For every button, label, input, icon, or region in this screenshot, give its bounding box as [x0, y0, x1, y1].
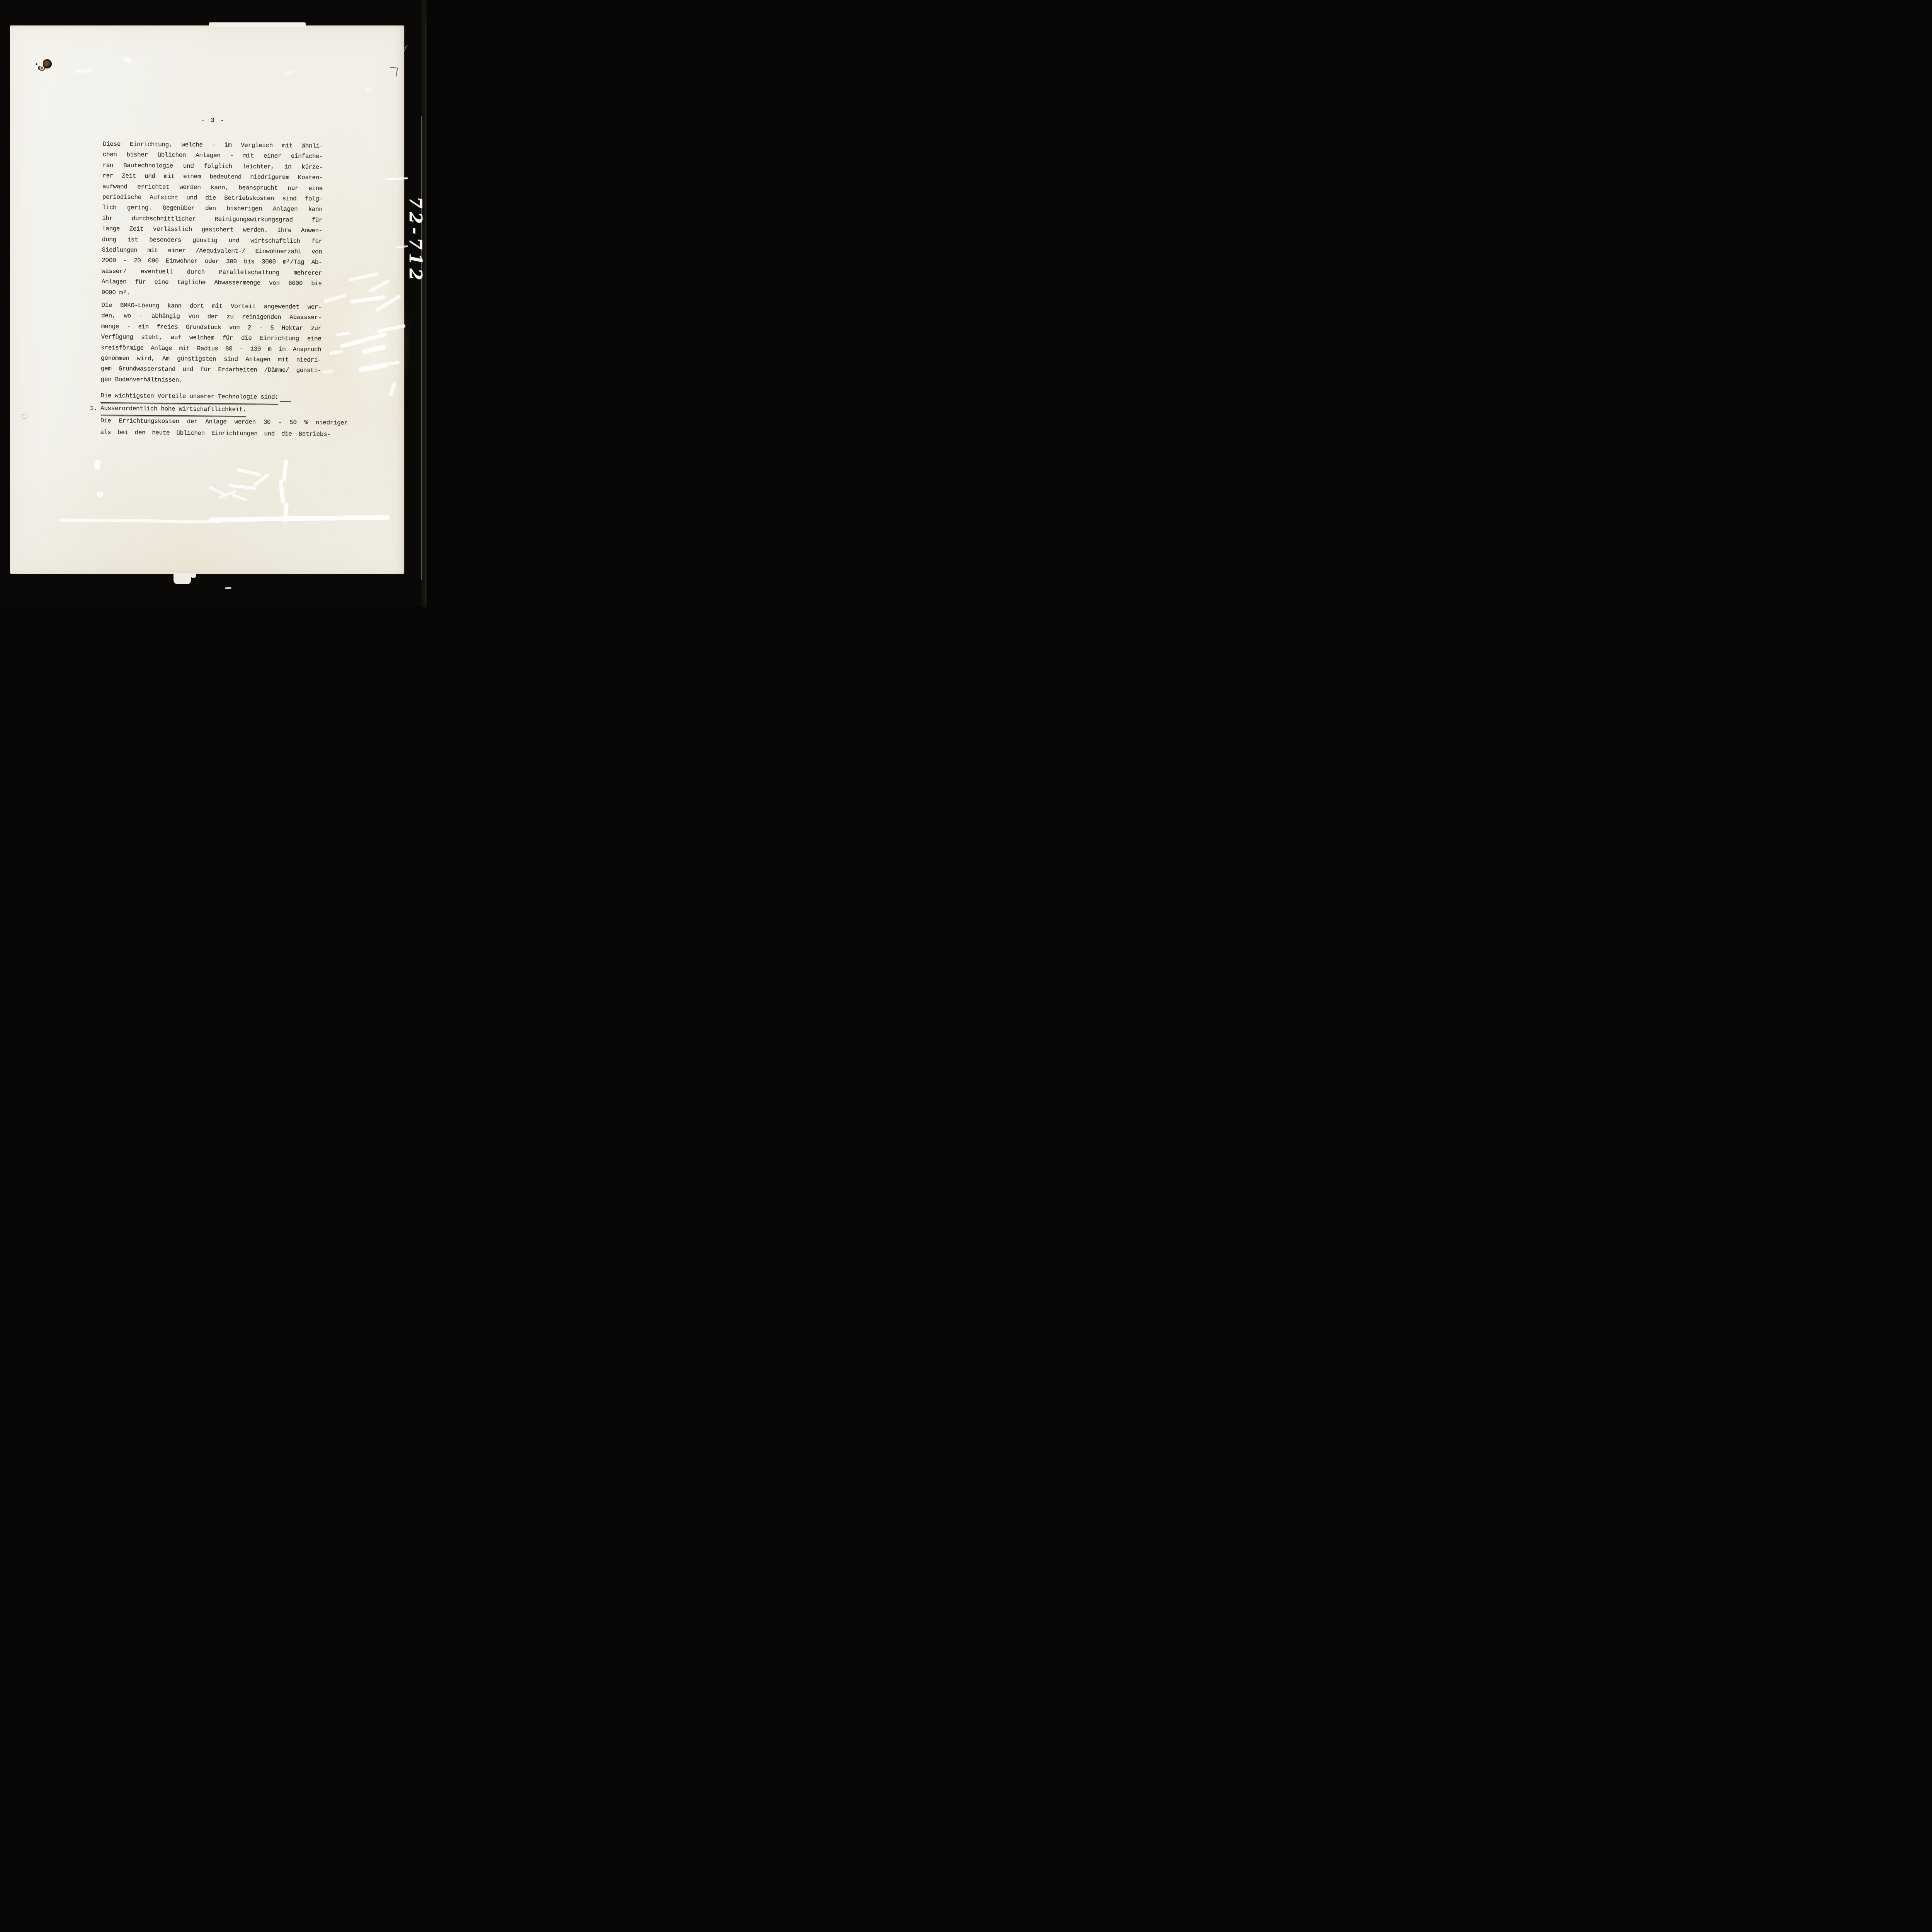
text-line: als bei den heute üblichen Einrichtungen…: [100, 427, 330, 440]
film-scratch-line: [425, 23, 425, 603]
heading-underline-dash: [280, 401, 291, 402]
advantages-section: Die wichtigsten Vorteile unserer Technol…: [100, 390, 371, 440]
text-line: Anlagen für eine tägliche Abwassermenge …: [102, 277, 322, 289]
page-bottom-edge-tab: [173, 573, 191, 584]
handwritten-film-stamp: 72-712: [403, 174, 425, 307]
list-item: 1. Ausserordentlich hohe Wirtschaftlichk…: [100, 403, 371, 418]
microfilm-frame: - 3 - Diese Einrichtung, welche - im Ver…: [0, 0, 427, 607]
document-page: - 3 - Diese Einrichtung, welche - im Ver…: [10, 26, 404, 574]
paragraph: Diese Einrichtung, welche - im Vergleich…: [101, 139, 323, 300]
text-line: Die Errichtungskosten der Anlage werden …: [100, 415, 348, 429]
section-heading-text: Die wichtigsten Vorteile unserer Technol…: [100, 390, 278, 405]
text-line: 9000 m³.: [101, 287, 321, 300]
page-number: - 3 -: [103, 116, 323, 125]
paragraph: Die BMKO-Lösung kann dort mit Vorteil an…: [101, 300, 322, 387]
list-item-title: Ausserordentlich hohe Wirtschaftlichkeit…: [100, 403, 247, 417]
list-item-number: 1.: [90, 403, 97, 414]
ink-speck: [36, 63, 37, 65]
text-line: gen Bodenverhältnissen.: [101, 374, 321, 387]
white-streak: [225, 587, 231, 589]
advantage-body: Die Errichtungskosten der Anlage werden …: [100, 415, 371, 440]
typewritten-text-block: - 3 - Diese Einrichtung, welche - im Ver…: [6, 25, 405, 577]
